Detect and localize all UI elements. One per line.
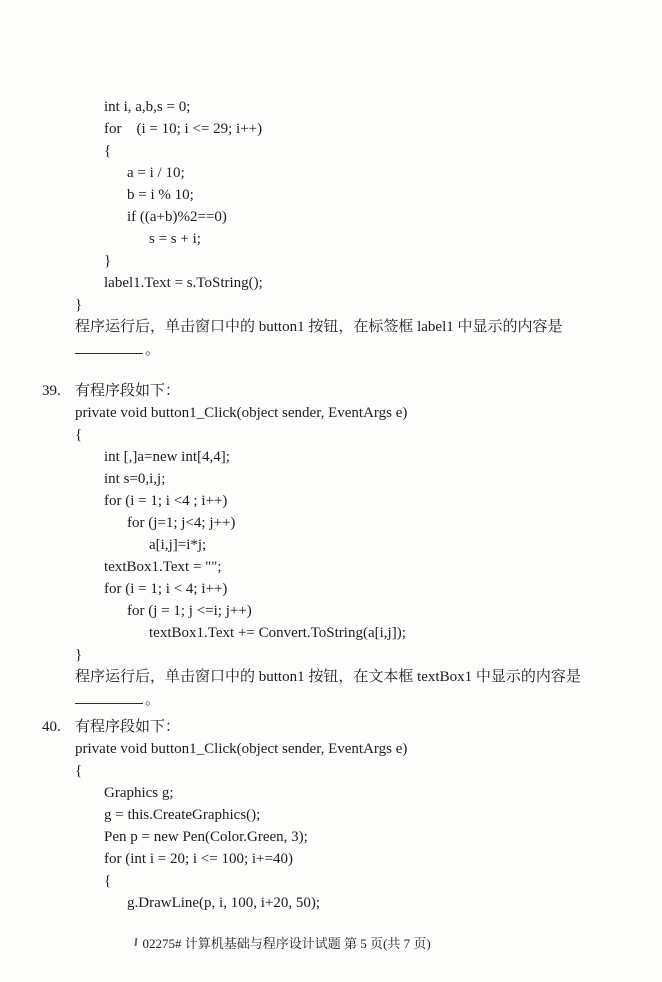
- code-line: textBox1.Text = "";: [0, 556, 662, 578]
- answer-blank: [75, 688, 143, 704]
- code-line: for (i = 1; i < 4; i++): [0, 578, 662, 600]
- code-line: int s=0,i,j;: [0, 468, 662, 490]
- exam-paper-page: int i, a,b,s = 0;for (i = 10; i <= 29; i…: [0, 0, 662, 982]
- question-heading: 39.有程序段如下：: [0, 380, 662, 402]
- code-line: }: [0, 644, 662, 666]
- code-line: int [,]a=new int[4,4];: [0, 446, 662, 468]
- code-line: g.DrawLine(p, i, 100, i+20, 50);: [0, 892, 662, 914]
- code-line: int i, a,b,s = 0;: [0, 96, 662, 118]
- prompt-text: 程序运行后，单击窗口中的 button1 按钮，在标签框 label1 中显示的…: [0, 316, 662, 338]
- document-body: int i, a,b,s = 0;for (i = 10; i <= 29; i…: [0, 0, 662, 914]
- question-40: 40.有程序段如下：private void button1_Click(obj…: [0, 716, 662, 914]
- code-line: }: [0, 250, 662, 272]
- code-line: }: [0, 294, 662, 316]
- code-line: a = i / 10;: [0, 162, 662, 184]
- code-line: for (j = 1; j <=i; j++): [0, 600, 662, 622]
- answer-blank-line: 。: [0, 688, 662, 710]
- question-heading: 40.有程序段如下：: [0, 716, 662, 738]
- answer-blank: [75, 338, 143, 354]
- code-line: {: [0, 760, 662, 782]
- code-line: private void button1_Click(object sender…: [0, 402, 662, 424]
- code-line: Graphics g;: [0, 782, 662, 804]
- code-line: b = i % 10;: [0, 184, 662, 206]
- code-line: if ((a+b)%2==0): [0, 206, 662, 228]
- question-38-continuation: int i, a,b,s = 0;for (i = 10; i <= 29; i…: [0, 96, 662, 360]
- code-line: label1.Text = s.ToString();: [0, 272, 662, 294]
- code-line: {: [0, 140, 662, 162]
- code-line: for (i = 1; i <4 ; i++): [0, 490, 662, 512]
- code-line: {: [0, 870, 662, 892]
- full-stop: 。: [145, 692, 160, 708]
- code-line: private void button1_Click(object sender…: [0, 738, 662, 760]
- question-number: 39.: [42, 380, 61, 402]
- code-line: for (int i = 20; i <= 100; i+=40): [0, 848, 662, 870]
- answer-blank-line: 。: [0, 338, 662, 360]
- question-title: 有程序段如下：: [75, 383, 180, 399]
- question-39: 39.有程序段如下：private void button1_Click(obj…: [0, 380, 662, 710]
- question-title: 有程序段如下：: [75, 719, 180, 735]
- question-number: 40.: [42, 716, 61, 738]
- code-line: {: [0, 424, 662, 446]
- full-stop: 。: [145, 342, 160, 358]
- code-line: a[i,j]=i*j;: [0, 534, 662, 556]
- code-line: g = this.CreateGraphics();: [0, 804, 662, 826]
- code-line: s = s + i;: [0, 228, 662, 250]
- code-line: Pen p = new Pen(Color.Green, 3);: [0, 826, 662, 848]
- page-footer: 02275# 计算机基础与程序设计试题 第 5 页(共 7 页): [135, 936, 431, 952]
- code-line: textBox1.Text += Convert.ToString(a[i,j]…: [0, 622, 662, 644]
- code-line: for (i = 10; i <= 29; i++): [0, 118, 662, 140]
- code-line: for (j=1; j<4; j++): [0, 512, 662, 534]
- prompt-text: 程序运行后，单击窗口中的 button1 按钮，在文本框 textBox1 中显…: [0, 666, 662, 688]
